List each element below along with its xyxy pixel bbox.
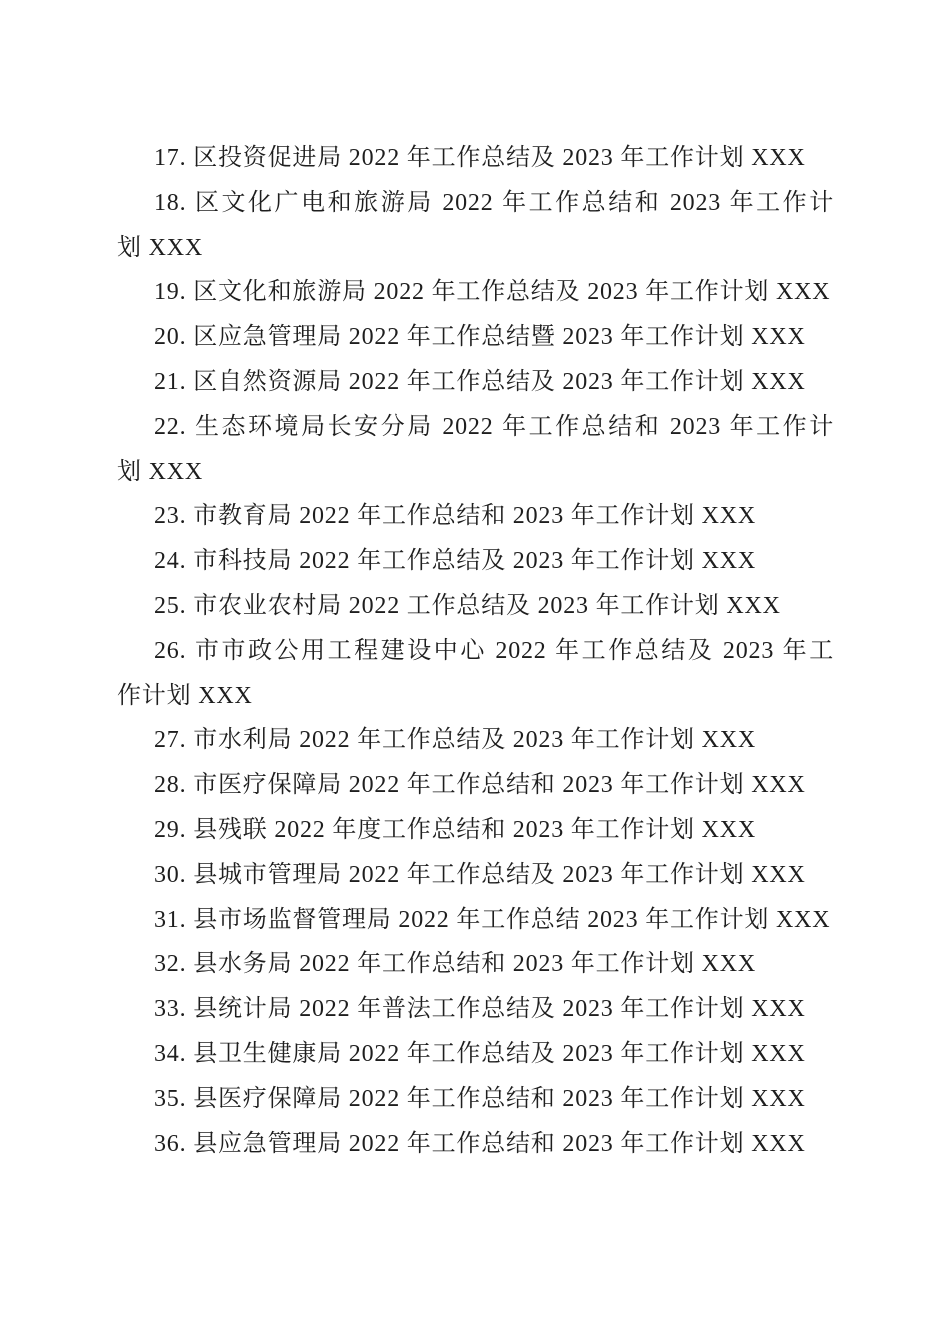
item-25-line-1: 25. 市农业农村局 2022 工作总结及 2023 年工作计划 XXX bbox=[117, 584, 834, 629]
item-32: 32. 县水务局 2022 年工作总结和 2023 年工作计划 XXX bbox=[117, 942, 834, 987]
item-20-line-1: 20. 区应急管理局 2022 年工作总结暨 2023 年工作计划 XXX bbox=[117, 315, 834, 360]
item-36-line-1: 36. 县应急管理局 2022 年工作总结和 2023 年工作计划 XXX bbox=[117, 1122, 834, 1167]
item-22-line-2: 划 XXX bbox=[117, 450, 834, 495]
item-27: 27. 市水利局 2022 年工作总结及 2023 年工作计划 XXX bbox=[117, 718, 834, 763]
item-24-line-1: 24. 市科技局 2022 年工作总结及 2023 年工作计划 XXX bbox=[117, 539, 834, 584]
item-22: 22. 生态环境局长安分局 2022 年工作总结和 2023 年工作计 划 XX… bbox=[117, 405, 834, 495]
item-23-line-1: 23. 市教育局 2022 年工作总结和 2023 年工作计划 XXX bbox=[117, 494, 834, 539]
item-25: 25. 市农业农村局 2022 工作总结及 2023 年工作计划 XXX bbox=[117, 584, 834, 629]
item-17-line-1: 17. 区投资促进局 2022 年工作总结及 2023 年工作计划 XXX bbox=[117, 136, 834, 181]
item-35: 35. 县医疗保障局 2022 年工作总结和 2023 年工作计划 XXX bbox=[117, 1077, 834, 1122]
item-21: 21. 区自然资源局 2022 年工作总结及 2023 年工作计划 XXX bbox=[117, 360, 834, 405]
item-26-line-1: 26. 市市政公用工程建设中心 2022 年工作总结及 2023 年工 bbox=[117, 629, 834, 674]
item-18-line-1: 18. 区文化广电和旅游局 2022 年工作总结和 2023 年工作计 bbox=[117, 181, 834, 226]
item-32-line-1: 32. 县水务局 2022 年工作总结和 2023 年工作计划 XXX bbox=[117, 942, 834, 987]
item-30-line-1: 30. 县城市管理局 2022 年工作总结及 2023 年工作计划 XXX bbox=[117, 853, 834, 898]
item-21-line-1: 21. 区自然资源局 2022 年工作总结及 2023 年工作计划 XXX bbox=[117, 360, 834, 405]
item-28-line-1: 28. 市医疗保障局 2022 年工作总结和 2023 年工作计划 XXX bbox=[117, 763, 834, 808]
item-29: 29. 县残联 2022 年度工作总结和 2023 年工作计划 XXX bbox=[117, 808, 834, 853]
item-33: 33. 县统计局 2022 年普法工作总结及 2023 年工作计划 XXX bbox=[117, 987, 834, 1032]
item-19-line-1: 19. 区文化和旅游局 2022 年工作总结及 2023 年工作计划 XXX bbox=[117, 270, 834, 315]
item-30: 30. 县城市管理局 2022 年工作总结及 2023 年工作计划 XXX bbox=[117, 853, 834, 898]
item-28: 28. 市医疗保障局 2022 年工作总结和 2023 年工作计划 XXX bbox=[117, 763, 834, 808]
item-17: 17. 区投资促进局 2022 年工作总结及 2023 年工作计划 XXX bbox=[117, 136, 834, 181]
item-27-line-1: 27. 市水利局 2022 年工作总结及 2023 年工作计划 XXX bbox=[117, 718, 834, 763]
item-19: 19. 区文化和旅游局 2022 年工作总结及 2023 年工作计划 XXX bbox=[117, 270, 834, 315]
item-34: 34. 县卫生健康局 2022 年工作总结及 2023 年工作计划 XXX bbox=[117, 1032, 834, 1077]
item-31-line-1: 31. 县市场监督管理局 2022 年工作总结 2023 年工作计划 XXX bbox=[117, 898, 834, 943]
item-18-line-2: 划 XXX bbox=[117, 226, 834, 271]
item-33-line-1: 33. 县统计局 2022 年普法工作总结及 2023 年工作计划 XXX bbox=[117, 987, 834, 1032]
item-23: 23. 市教育局 2022 年工作总结和 2023 年工作计划 XXX bbox=[117, 494, 834, 539]
item-22-line-1: 22. 生态环境局长安分局 2022 年工作总结和 2023 年工作计 bbox=[117, 405, 834, 450]
item-31: 31. 县市场监督管理局 2022 年工作总结 2023 年工作计划 XXX bbox=[117, 898, 834, 943]
item-20: 20. 区应急管理局 2022 年工作总结暨 2023 年工作计划 XXX bbox=[117, 315, 834, 360]
item-18: 18. 区文化广电和旅游局 2022 年工作总结和 2023 年工作计 划 XX… bbox=[117, 181, 834, 271]
item-26: 26. 市市政公用工程建设中心 2022 年工作总结及 2023 年工 作计划 … bbox=[117, 629, 834, 719]
item-26-line-2: 作计划 XXX bbox=[117, 674, 834, 719]
item-34-line-1: 34. 县卫生健康局 2022 年工作总结及 2023 年工作计划 XXX bbox=[117, 1032, 834, 1077]
item-35-line-1: 35. 县医疗保障局 2022 年工作总结和 2023 年工作计划 XXX bbox=[117, 1077, 834, 1122]
document-page: 17. 区投资促进局 2022 年工作总结及 2023 年工作计划 XXX 18… bbox=[0, 0, 950, 1344]
item-24: 24. 市科技局 2022 年工作总结及 2023 年工作计划 XXX bbox=[117, 539, 834, 584]
item-36: 36. 县应急管理局 2022 年工作总结和 2023 年工作计划 XXX bbox=[117, 1122, 834, 1167]
item-29-line-1: 29. 县残联 2022 年度工作总结和 2023 年工作计划 XXX bbox=[117, 808, 834, 853]
